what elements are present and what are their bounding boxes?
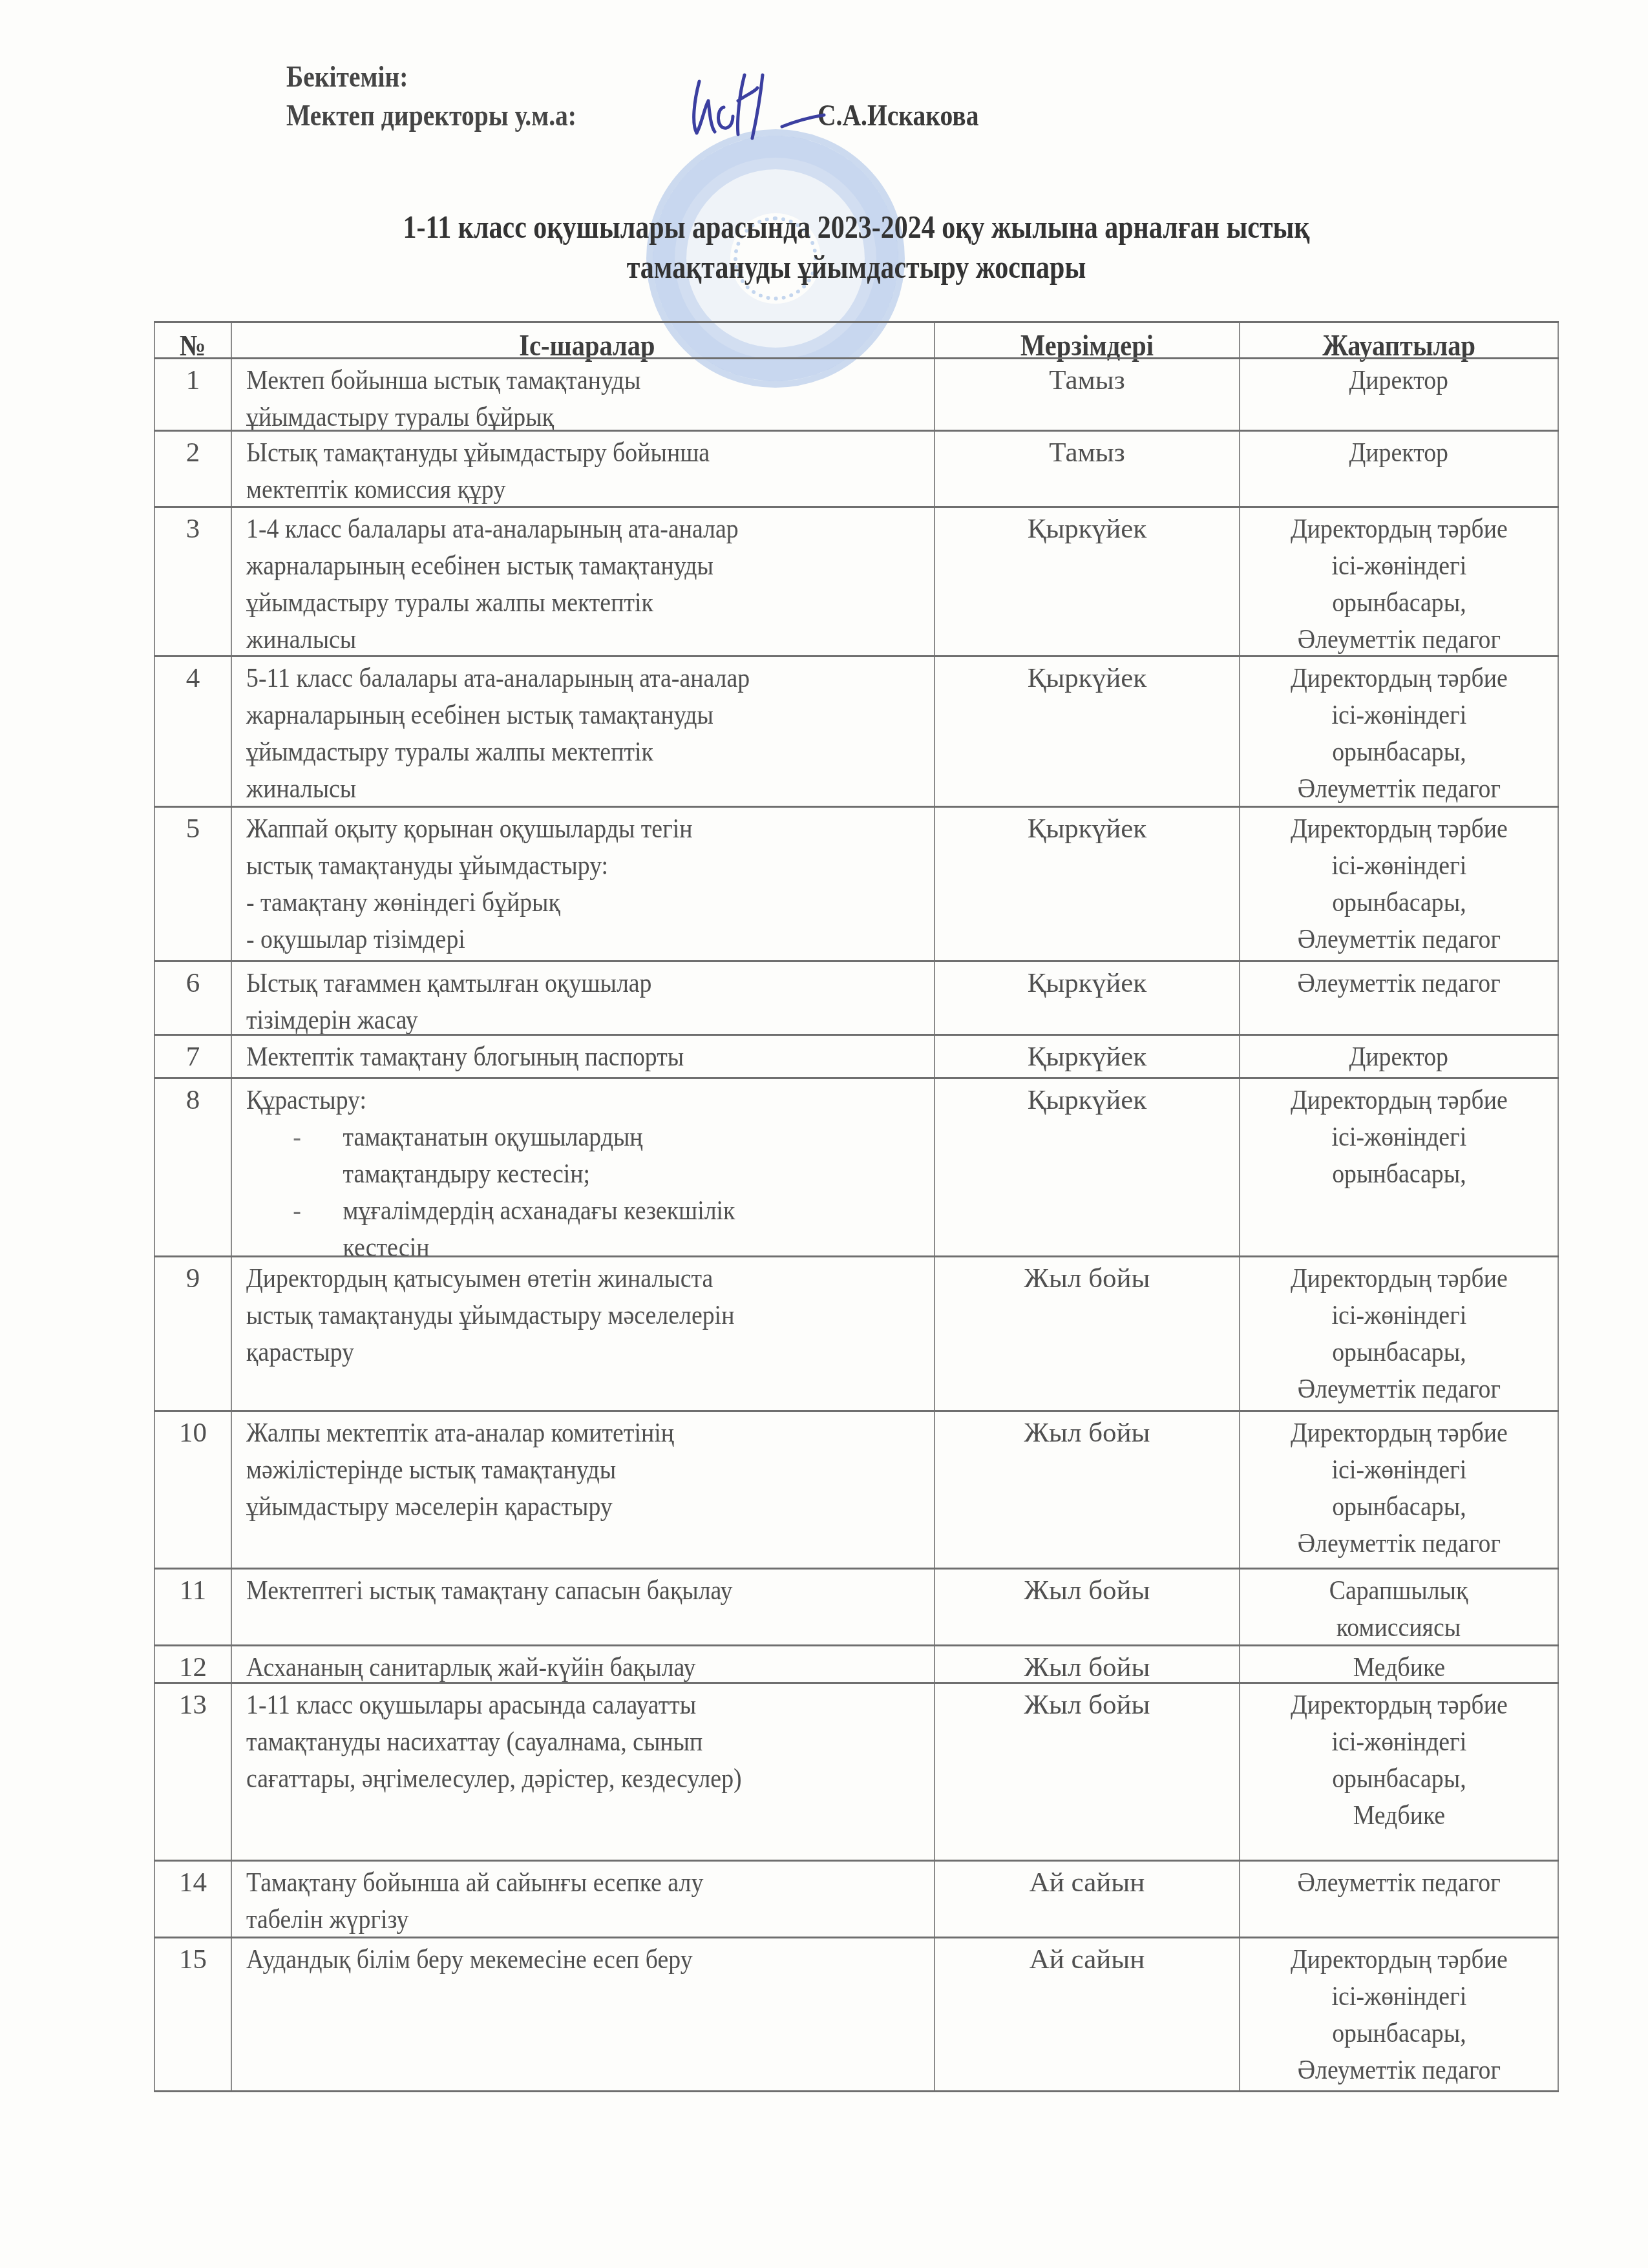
responsible-text-inner: Әлеуметтік педагог <box>1297 1864 1500 1901</box>
row-number-cell: 14 <box>154 1862 231 1937</box>
row-number-cell: 15 <box>154 1938 231 2090</box>
row-number-cell: 11 <box>154 1570 231 1644</box>
activity-line: Ыстық тағаммен қамтылған оқушылар <box>246 965 924 1002</box>
row-number-cell: 7 <box>154 1036 231 1077</box>
table-row: 131-11 класс оқушылары арасында салауатт… <box>154 1682 1559 1860</box>
responsible-cell: Директордың тәрбиеісі-жөніндегіорынбасар… <box>1239 1079 1559 1255</box>
responsible-line: орынбасары, <box>1291 884 1508 921</box>
responsible-cell: Әлеуметтік педагог <box>1239 1862 1559 1937</box>
activity-line: қарастыру <box>246 1334 924 1370</box>
deadline-cell: Қыркүйек <box>934 962 1239 1034</box>
responsible-line: Директордың тәрбие <box>1291 1082 1508 1118</box>
responsible-line: Әлеуметтік педагог <box>1297 1864 1500 1901</box>
responsible-text: Директордың тәрбиеісі-жөніндегіорынбасар… <box>1240 657 1558 807</box>
responsible-text: Директор <box>1240 1036 1558 1075</box>
deadline: Тамыз <box>935 359 1239 399</box>
responsible-cell: Сарапшылықкомиссиясы <box>1239 1570 1559 1644</box>
column-header-activities: Іс-шаралар <box>231 323 934 357</box>
column-header-deadlines: Мерзімдері <box>934 323 1239 357</box>
responsible-text: Әлеуметтік педагог <box>1240 1862 1558 1901</box>
activity-line: Директордың қатысуымен өтетін жиналыста <box>246 1260 924 1297</box>
activity-text-inner: 1-4 класс балалары ата-аналарының ата-ан… <box>246 510 924 658</box>
responsible-line: Әлеуметтік педагог <box>1291 770 1508 807</box>
responsible-text-inner: Сарапшылықкомиссиясы <box>1329 1572 1468 1646</box>
activity-line: мектептік комиссия құру <box>246 471 924 508</box>
responsible-text: Директордың тәрбиеісі-жөніндегіорынбасар… <box>1240 1684 1558 1834</box>
responsible-line: ісі-жөніндегі <box>1291 1723 1508 1760</box>
activity-cell: 5-11 класс балалары ата-аналарының ата-а… <box>231 657 934 806</box>
table-row: 15Аудандық білім беру мекемесіне есеп бе… <box>154 1937 1559 2092</box>
responsible-line: Әлеуметтік педагог <box>1291 1370 1508 1407</box>
responsible-line: ісі-жөніндегі <box>1291 1297 1508 1334</box>
responsible-text-inner: Директордың тәрбиеісі-жөніндегіорынбасар… <box>1291 810 1508 958</box>
responsible-line: ісі-жөніндегі <box>1291 1118 1508 1155</box>
responsible-cell: Директор <box>1239 432 1559 506</box>
activity-text: 1-11 класс оқушылары арасында салауаттыт… <box>246 1684 927 1797</box>
responsible-line: Медбике <box>1353 1649 1444 1686</box>
row-number: 13 <box>155 1684 231 1723</box>
row-number: 5 <box>155 808 231 847</box>
activity-line: тамақтануды насихаттау (сауалнама, сынып <box>246 1723 924 1760</box>
table-row: 11Мектептегі ыстық тамақтану сапасын бақ… <box>154 1568 1559 1644</box>
deadline: Қыркүйек <box>935 657 1239 697</box>
responsible-text: Медбике <box>1240 1646 1558 1686</box>
deadline-cell: Қыркүйек <box>934 657 1239 806</box>
row-number-cell: 8 <box>154 1079 231 1255</box>
activity-line: ұйымдастыру туралы жалпы мектептік <box>246 584 924 621</box>
activity-text: 1-4 класс балалары ата-аналарының ата-ан… <box>246 508 927 658</box>
responsible-line: ісі-жөніндегі <box>1291 697 1508 733</box>
table-row: 45-11 класс балалары ата-аналарының ата-… <box>154 655 1559 806</box>
activity-cell: Мектептік тамақтану блогының паспорты <box>231 1036 934 1077</box>
row-number: 7 <box>155 1036 231 1075</box>
table-row: 14Тамақтану бойынша ай сайынғы есепке ал… <box>154 1860 1559 1937</box>
deadline: Қыркүйек <box>935 1079 1239 1118</box>
deadline: Жыл бойы <box>935 1684 1239 1723</box>
responsible-line: орынбасары, <box>1291 733 1508 770</box>
responsible-text: Әлеуметтік педагог <box>1240 962 1558 1002</box>
activity-text-inner: 1-11 класс оқушылары арасында салауаттыт… <box>246 1686 924 1797</box>
responsible-text: Директордың тәрбиеісі-жөніндегіорынбасар… <box>1240 1412 1558 1562</box>
row-number-cell: 6 <box>154 962 231 1034</box>
responsible-text: Директордың тәрбиеісі-жөніндегіорынбасар… <box>1240 1938 1558 2088</box>
activity-text: Тамақтану бойынша ай сайынғы есепке алут… <box>246 1862 927 1938</box>
deadline: Қыркүйек <box>935 508 1239 547</box>
deadline-cell: Жыл бойы <box>934 1646 1239 1682</box>
activity-line: жиналысы <box>246 621 924 658</box>
responsible-line: Директор <box>1349 434 1449 471</box>
responsible-line: орынбасары, <box>1291 2015 1508 2052</box>
responsible-text: Директордың тәрбиеісі-жөніндегіорынбасар… <box>1240 1079 1558 1192</box>
activity-text-inner: Ыстық тағаммен қамтылған оқушылартізімде… <box>246 965 924 1038</box>
responsible-line: Директордың тәрбие <box>1291 510 1508 547</box>
table-row: 8Құрастыру:тамақтанатын оқушылардыңтамақ… <box>154 1077 1559 1255</box>
activity-bullet-line: тамақтанатын оқушылардың <box>246 1118 924 1155</box>
table-row: 12Асхананың санитарлық жай-күйін бақылау… <box>154 1644 1559 1682</box>
activity-line: ұйымдастыру туралы жалпы мектептік <box>246 733 924 770</box>
responsible-cell: Директор <box>1239 1036 1559 1077</box>
activity-cell: Директордың қатысуымен өтетін жиналыстаы… <box>231 1257 934 1410</box>
responsible-text: Сарапшылықкомиссиясы <box>1240 1570 1558 1646</box>
deadline: Жыл бойы <box>935 1412 1239 1451</box>
activity-line: тізімдерін жасау <box>246 1002 924 1038</box>
responsible-line: орынбасары, <box>1291 1155 1508 1192</box>
deadline-cell: Жыл бойы <box>934 1412 1239 1568</box>
row-number: 10 <box>155 1412 231 1451</box>
deadline: Жыл бойы <box>935 1257 1239 1297</box>
responsible-text-inner: Әлеуметтік педагог <box>1297 965 1500 1002</box>
responsible-line: орынбасары, <box>1291 1760 1508 1797</box>
approval-label: Бекітемін: <box>286 59 408 94</box>
responsible-line: Директордың тәрбие <box>1291 1686 1508 1723</box>
responsible-line: Директордың тәрбие <box>1291 1414 1508 1451</box>
table-row: 7Мектептік тамақтану блогының паспортыҚы… <box>154 1034 1559 1077</box>
responsible-line: Әлеуметтік педагог <box>1291 1525 1508 1562</box>
responsible-line: ісі-жөніндегі <box>1291 1451 1508 1488</box>
activity-line: Мектеп бойынша ыстық тамақтануды <box>246 362 924 399</box>
responsible-cell: Директордың тәрбиеісі-жөніндегіорынбасар… <box>1239 808 1559 960</box>
responsible-text: Директор <box>1240 359 1558 399</box>
activity-text: Асхананың санитарлық жай-күйін бақылау <box>246 1646 927 1686</box>
deadline: Қыркүйек <box>935 1036 1239 1075</box>
responsible-line: Директордың тәрбие <box>1291 1260 1508 1297</box>
activity-text: Ыстық тағаммен қамтылған оқушылартізімде… <box>246 962 927 1038</box>
responsible-text: Директор <box>1240 432 1558 471</box>
activity-line: ұйымдастыру мәселерін қарастыру <box>246 1488 924 1525</box>
deadline: Жыл бойы <box>935 1646 1239 1686</box>
activity-text: Директордың қатысуымен өтетін жиналыстаы… <box>246 1257 927 1370</box>
deadline-cell: Жыл бойы <box>934 1570 1239 1644</box>
row-number: 6 <box>155 962 231 1002</box>
approval-position: Мектеп директоры у.м.а: <box>286 98 576 132</box>
activity-text-inner: Директордың қатысуымен өтетін жиналыстаы… <box>246 1260 924 1370</box>
row-number-cell: 13 <box>154 1684 231 1860</box>
responsible-cell: Директордың тәрбиеісі-жөніндегіорынбасар… <box>1239 1684 1559 1860</box>
row-number: 8 <box>155 1079 231 1118</box>
activity-text: 5-11 класс балалары ата-аналарының ата-а… <box>246 657 927 807</box>
activity-text: Ыстық тамақтануды ұйымдастыру бойыншамек… <box>246 432 927 508</box>
activity-line: Мектептік тамақтану блогының паспорты <box>246 1038 924 1075</box>
responsible-line: Директор <box>1349 362 1449 399</box>
responsible-line: ісі-жөніндегі <box>1291 847 1508 884</box>
responsible-line: Сарапшылық <box>1329 1572 1468 1609</box>
activity-text-inner: Мектептегі ыстық тамақтану сапасын бақыл… <box>246 1572 924 1609</box>
activity-cell: 1-11 класс оқушылары арасында салауаттыт… <box>231 1684 934 1860</box>
activity-cell: Мектеп бойынша ыстық тамақтанудыұйымдаст… <box>231 359 934 430</box>
deadline-cell: Қыркүйек <box>934 1036 1239 1077</box>
activity-text-inner: Аудандық білім беру мекемесіне есеп беру <box>246 1941 924 1978</box>
activity-line: жарналарының есебінен ыстық тамақтануды <box>246 547 924 584</box>
responsible-text-inner: Директордың тәрбиеісі-жөніндегіорынбасар… <box>1291 1260 1508 1407</box>
responsible-text-inner: Директордың тәрбиеісі-жөніндегіорынбасар… <box>1291 1414 1508 1562</box>
activity-text-inner: 5-11 класс балалары ата-аналарының ата-а… <box>246 660 924 807</box>
document-title-line-1: 1-11 класс оқушылары арасында 2023-2024 … <box>154 208 1559 246</box>
activity-cell: Жаппай оқыту қорынан оқушыларды тегіныст… <box>231 808 934 960</box>
column-header-responsible: Жауаптылар <box>1239 323 1559 357</box>
activity-line: мәжілістерінде ыстық тамақтануды <box>246 1451 924 1488</box>
row-number: 4 <box>155 657 231 697</box>
activity-text-inner: Мектеп бойынша ыстық тамақтанудыұйымдаст… <box>246 362 924 436</box>
responsible-text-inner: Директордың тәрбиеісі-жөніндегіорынбасар… <box>1291 1686 1508 1834</box>
activity-cell: Ыстық тамақтануды ұйымдастыру бойыншамек… <box>231 432 934 506</box>
activity-line: Құрастыру: <box>246 1082 924 1118</box>
row-number: 1 <box>155 359 231 399</box>
responsible-text-inner: Директордың тәрбиеісі-жөніндегіорынбасар… <box>1291 1941 1508 2088</box>
responsible-text-inner: Директордың тәрбиеісі-жөніндегіорынбасар… <box>1291 1082 1508 1192</box>
responsible-text-inner: Директор <box>1349 434 1449 471</box>
responsible-cell: Директордың тәрбиеісі-жөніндегіорынбасар… <box>1239 1257 1559 1410</box>
deadline-cell: Қыркүйек <box>934 508 1239 655</box>
deadline: Ай сайын <box>935 1862 1239 1901</box>
deadline-cell: Ай сайын <box>934 1862 1239 1937</box>
activity-bullet-line: мұғалімдердің асханадағы кезекшілік <box>246 1192 924 1229</box>
deadline: Қыркүйек <box>935 808 1239 847</box>
activity-line: жарналарының есебінен ыстық тамақтануды <box>246 697 924 733</box>
activity-text-inner: Ыстық тамақтануды ұйымдастыру бойыншамек… <box>246 434 924 508</box>
signature-icon <box>685 62 834 146</box>
deadline: Тамыз <box>935 432 1239 471</box>
responsible-line: орынбасары, <box>1291 1334 1508 1370</box>
activity-line: Мектептегі ыстық тамақтану сапасын бақыл… <box>246 1572 924 1609</box>
responsible-text: Директордың тәрбиеісі-жөніндегіорынбасар… <box>1240 808 1558 958</box>
activity-line: Асхананың санитарлық жай-күйін бақылау <box>246 1649 924 1686</box>
responsible-line: Әлеуметтік педагог <box>1291 621 1508 658</box>
activity-line: 1-11 класс оқушылары арасында салауатты <box>246 1686 924 1723</box>
row-number-cell: 2 <box>154 432 231 506</box>
responsible-cell: Директордың тәрбиеісі-жөніндегіорынбасар… <box>1239 508 1559 655</box>
responsible-text: Директордың тәрбиеісі-жөніндегіорынбасар… <box>1240 508 1558 658</box>
activity-text: Жалпы мектептік ата-аналар комитетініңмә… <box>246 1412 927 1525</box>
activity-cell: 1-4 класс балалары ата-аналарының ата-ан… <box>231 508 934 655</box>
responsible-text-inner: Медбике <box>1353 1649 1444 1686</box>
row-number-cell: 4 <box>154 657 231 806</box>
activity-line: Жалпы мектептік ата-аналар комитетінің <box>246 1414 924 1451</box>
table-row: 9Директордың қатысуымен өтетін жиналыста… <box>154 1255 1559 1410</box>
responsible-cell: Директордың тәрбиеісі-жөніндегіорынбасар… <box>1239 1412 1559 1568</box>
responsible-cell: Әлеуметтік педагог <box>1239 962 1559 1034</box>
deadline-cell: Тамыз <box>934 359 1239 430</box>
row-number-cell: 5 <box>154 808 231 960</box>
row-number: 2 <box>155 432 231 471</box>
activity-text-inner: Мектептік тамақтану блогының паспорты <box>246 1038 924 1075</box>
responsible-cell: Медбике <box>1239 1646 1559 1682</box>
activity-text-inner: Жалпы мектептік ата-аналар комитетініңмә… <box>246 1414 924 1525</box>
row-number: 15 <box>155 1938 231 1978</box>
deadline: Қыркүйек <box>935 962 1239 1002</box>
responsible-text-inner: Директордың тәрбиеісі-жөніндегіорынбасар… <box>1291 510 1508 658</box>
row-number: 14 <box>155 1862 231 1901</box>
approval-name: С.А.Искакова <box>818 98 978 132</box>
table-row: 10Жалпы мектептік ата-аналар комитетінің… <box>154 1410 1559 1568</box>
table-row: 2Ыстық тамақтануды ұйымдастыру бойыншаме… <box>154 430 1559 506</box>
activity-line: 5-11 класс балалары ата-аналарының ата-а… <box>246 660 924 697</box>
responsible-text-inner: Директордың тәрбиеісі-жөніндегіорынбасар… <box>1291 660 1508 807</box>
table-header-row: №Іс-шараларМерзімдеріЖауаптылар <box>154 321 1559 357</box>
deadline: Жыл бойы <box>935 1570 1239 1609</box>
responsible-cell: Директордың тәрбиеісі-жөніндегіорынбасар… <box>1239 657 1559 806</box>
activity-line: - тамақтану жөніндегі бұйрық <box>246 884 924 921</box>
activity-text: Құрастыру:тамақтанатын оқушылардыңтамақт… <box>246 1079 927 1266</box>
deadline: Ай сайын <box>935 1938 1239 1978</box>
responsible-line: орынбасары, <box>1291 1488 1508 1525</box>
responsible-line: Директор <box>1349 1038 1449 1075</box>
activity-cell: Аудандық білім беру мекемесіне есеп беру <box>231 1938 934 2090</box>
table-row: 31-4 класс балалары ата-аналарының ата-а… <box>154 506 1559 655</box>
responsible-cell: Директор <box>1239 359 1559 430</box>
row-number-cell: 12 <box>154 1646 231 1682</box>
deadline-cell: Жыл бойы <box>934 1257 1239 1410</box>
activity-text-inner: Құрастыру:тамақтанатын оқушылардыңтамақт… <box>246 1082 924 1266</box>
activity-text-inner: Жаппай оқыту қорынан оқушыларды тегіныст… <box>246 810 924 958</box>
responsible-text-inner: Директор <box>1349 362 1449 399</box>
responsible-line: Медбике <box>1291 1797 1508 1834</box>
activity-line: - оқушылар тізімдері <box>246 921 924 958</box>
activity-text: Мектептік тамақтану блогының паспорты <box>246 1036 927 1075</box>
activity-line: ыстық тамақтануды ұйымдастыру мәселелері… <box>246 1297 924 1334</box>
row-number-cell: 9 <box>154 1257 231 1410</box>
responsible-line: Әлеуметтік педагог <box>1291 2052 1508 2088</box>
activity-text-inner: Тамақтану бойынша ай сайынғы есепке алут… <box>246 1864 924 1938</box>
activity-line: Тамақтану бойынша ай сайынғы есепке алу <box>246 1864 924 1901</box>
responsible-line: ісі-жөніндегі <box>1291 1978 1508 2015</box>
activity-text-inner: Асхананың санитарлық жай-күйін бақылау <box>246 1649 924 1686</box>
activity-bullet-line: тамақтандыру кестесін; <box>246 1155 924 1192</box>
activity-cell: Асхананың санитарлық жай-күйін бақылау <box>231 1646 934 1682</box>
responsible-line: Директордың тәрбие <box>1291 660 1508 697</box>
activity-cell: Құрастыру:тамақтанатын оқушылардыңтамақт… <box>231 1079 934 1255</box>
row-number: 12 <box>155 1646 231 1686</box>
row-number-cell: 3 <box>154 508 231 655</box>
deadline-cell: Жыл бойы <box>934 1684 1239 1860</box>
activity-line: табелін жүргізу <box>246 1901 924 1938</box>
activity-cell: Тамақтану бойынша ай сайынғы есепке алут… <box>231 1862 934 1937</box>
table-row: 1Мектеп бойынша ыстық тамақтанудыұйымдас… <box>154 357 1559 430</box>
activity-line: Аудандық білім беру мекемесіне есеп беру <box>246 1941 924 1978</box>
deadline-cell: Қыркүйек <box>934 808 1239 960</box>
deadline-cell: Қыркүйек <box>934 1079 1239 1255</box>
activity-text: Аудандық білім беру мекемесіне есеп беру <box>246 1938 927 1978</box>
activity-line: 1-4 класс балалары ата-аналарының ата-ан… <box>246 510 924 547</box>
responsible-line: Директордың тәрбие <box>1291 1941 1508 1978</box>
table-row: 5Жаппай оқыту қорынан оқушыларды тегіныс… <box>154 806 1559 960</box>
activity-text: Мектеп бойынша ыстық тамақтанудыұйымдаст… <box>246 359 927 436</box>
responsible-line: Директордың тәрбие <box>1291 810 1508 847</box>
responsible-line: Әлеуметтік педагог <box>1297 965 1500 1002</box>
responsible-line: Әлеуметтік педагог <box>1291 921 1508 958</box>
responsible-cell: Директордың тәрбиеісі-жөніндегіорынбасар… <box>1239 1938 1559 2090</box>
row-number: 9 <box>155 1257 231 1297</box>
activity-text: Жаппай оқыту қорынан оқушыларды тегіныст… <box>246 808 927 958</box>
row-number: 3 <box>155 508 231 547</box>
responsible-text: Директордың тәрбиеісі-жөніндегіорынбасар… <box>1240 1257 1558 1407</box>
activity-line: Жаппай оқыту қорынан оқушыларды тегін <box>246 810 924 847</box>
activity-line: ыстық тамақтануды ұйымдастыру: <box>246 847 924 884</box>
responsible-line: орынбасары, <box>1291 584 1508 621</box>
row-number: 11 <box>155 1570 231 1609</box>
responsible-line: комиссиясы <box>1329 1609 1468 1646</box>
activity-line: сағаттары, әңгімелесулер, дәрістер, кезд… <box>246 1760 924 1797</box>
row-number-cell: 1 <box>154 359 231 430</box>
activity-line: жиналысы <box>246 770 924 807</box>
responsible-line: ісі-жөніндегі <box>1291 547 1508 584</box>
table-row: 6Ыстық тағаммен қамтылған оқушылартізімд… <box>154 960 1559 1034</box>
activity-cell: Жалпы мектептік ата-аналар комитетініңмә… <box>231 1412 934 1568</box>
deadline-cell: Ай сайын <box>934 1938 1239 2090</box>
responsible-text-inner: Директор <box>1349 1038 1449 1075</box>
deadline-cell: Тамыз <box>934 432 1239 506</box>
activity-text: Мектептегі ыстық тамақтану сапасын бақыл… <box>246 1570 927 1609</box>
activity-cell: Мектептегі ыстық тамақтану сапасын бақыл… <box>231 1570 934 1644</box>
document-title-line-2: тамақтануды ұйымдастыру жоспары <box>154 248 1559 286</box>
row-number-cell: 10 <box>154 1412 231 1568</box>
column-header-number: № <box>154 323 231 357</box>
activity-cell: Ыстық тағаммен қамтылған оқушылартізімде… <box>231 962 934 1034</box>
activity-line: Ыстық тамақтануды ұйымдастыру бойынша <box>246 434 924 471</box>
